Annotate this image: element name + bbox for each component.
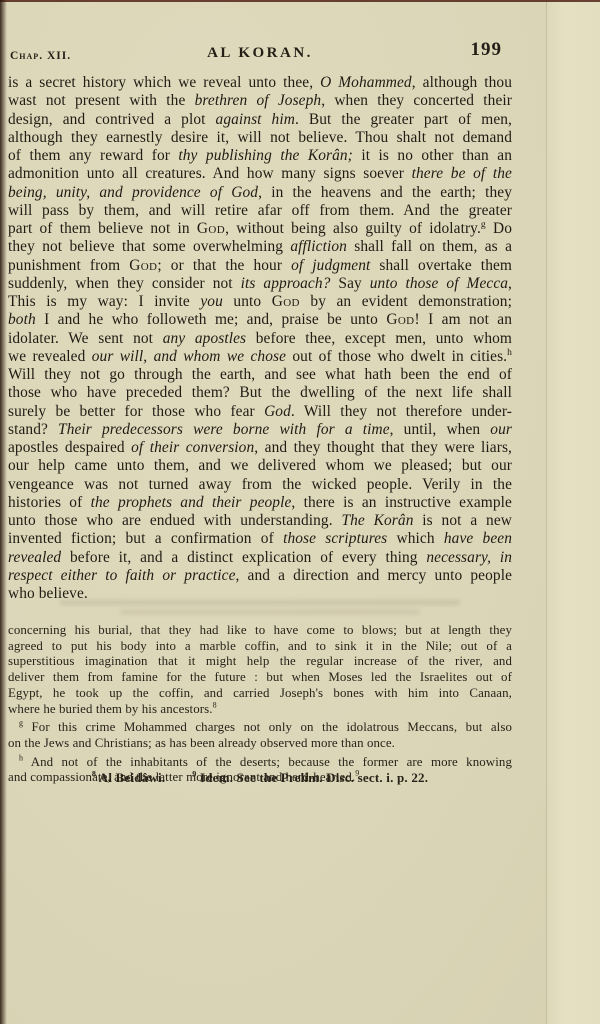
scan-left-border [0,0,7,1024]
scanned-book-page: Chap. XII. AL KORAN. 199 is a secret his… [0,0,600,1024]
page-header: Chap. XII. AL KORAN. 199 [8,44,512,66]
page-number: 199 [471,39,503,61]
footnotes-block: concerning his burial, that they had lik… [8,623,512,786]
ink-bleedthrough [60,600,460,605]
page-edge-strip [546,0,600,1024]
page-title: AL KORAN. [8,45,512,62]
reference-line: 8 Al Beidâwi.9 Idem. See the Prelim. Dis… [8,770,512,786]
scan-top-border [0,0,600,2]
main-body-text: is a secret history which we reveal unto… [8,74,512,603]
ink-bleedthrough [120,610,420,614]
